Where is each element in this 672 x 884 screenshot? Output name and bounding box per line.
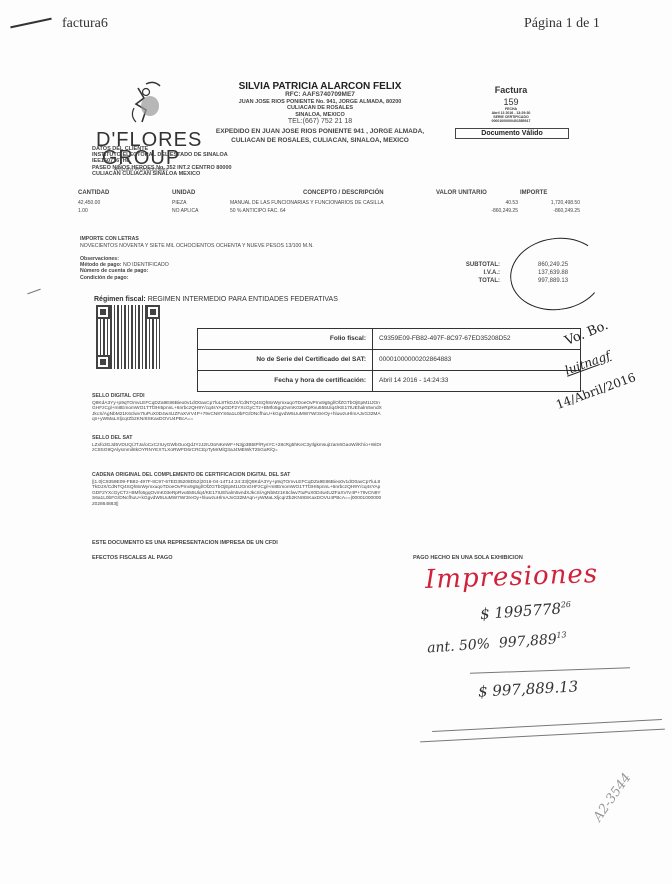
page-indicator: Página 1 de 1 [524,16,600,32]
cell-valor-unitario: 40.53 [505,200,518,206]
iva-label: I.V.A.: [430,269,500,277]
amount-in-words-label: IMPORTE CON LETRAS [80,236,139,242]
handwritten-amount-1: $ 199577826 [479,599,571,623]
invoice-serie: 00001000000401585917 [455,119,567,123]
handwritten-amount-3: $ 997,889.13 [478,677,579,700]
cfdi-note: ESTE DOCUMENTO ES UNA REPRESENTACION IMP… [92,540,278,546]
regimen-label: Régimen fiscal: [94,296,146,303]
amount-1-value: $ 1995778 [479,600,561,624]
qr-finder-icon [96,305,110,319]
pen-mark [10,18,51,29]
expedido-block: EXPEDIDO EN JUAN JOSE RIOS PONIENTE 941 … [200,127,440,145]
sello-cfdi: SELLO DIGITAL CFDI Q8KdA3Yy+p9qTOmvLEFCq… [92,394,382,423]
qr-code-icon [96,305,160,369]
cell-concepto: 50 % ANTICIPO FAC. 64 [230,208,286,214]
invoice-number: 159 [455,97,567,107]
cert-label: No de Serie del Certificado del SAT: [198,350,373,370]
regimen-fiscal: Régimen fiscal: REGIMEN INTERMEDIO PARA … [94,296,338,303]
pen-mark [27,289,40,295]
cert-value: Abril 14 2016 - 14:24:33 [373,371,448,391]
cert-row-serie: No de Serie del Certificado del SAT: 000… [198,350,580,371]
expedido-line-2: CULIACAN DE ROSALES, CULIACAN, SINALOA, … [200,136,440,145]
cell-cantidad: 1.00 [78,208,88,214]
cell-cantidad: 42,450.00 [78,200,100,206]
total-label: TOTAL: [430,277,500,285]
issuer-phone: TEL:(667) 752 21 18 [200,118,440,126]
cell-importe: 1,720,498.50 [551,200,580,206]
totals-labels: SUBTOTAL: I.V.A.: TOTAL: [430,261,500,285]
handwritten-underline [470,667,630,674]
header-valor-unitario: VALOR UNITARIO [436,190,487,196]
sello-cfdi-label: SELLO DIGITAL CFDI [92,394,382,400]
amount-2-value: 997,889 [498,632,557,652]
sello-sat-label: SELLO DEL SAT [92,436,382,442]
items-header-row: CANTIDAD UNIDAD CONCEPTO / DESCRIPCIÓN V… [40,190,580,200]
vobo-text: Vo. Bo. [563,318,611,349]
table-row: 42,450.00 PIEZA MANUAL DE LAS FUNCIONARI… [40,200,580,208]
handwritten-circle [505,232,608,316]
invoice-type: Factura [455,85,567,95]
amount-2-cents: 13 [556,630,567,640]
cell-valor-unitario: -860,249.25 [491,208,518,214]
client-address-1: PASEO NIÑOS HEROES No. 352 INT.2 CENTRO … [92,165,232,171]
cert-value: 00001000000202864883 [373,350,451,370]
efectos-fiscales: EFECTOS FISCALES AL PAGO [92,555,172,561]
cert-value: C9359E09-FB82-497F-8C97-67ED35208D52 [373,329,511,349]
cadena-value: ||1.0|C9359E09-FB82-497F-8C97-67ED35208D… [92,480,382,508]
condicion-label: Condición de pago: [80,275,169,281]
certification-table: Folio fiscal: C9359E09-FB82-497F-8C97-67… [197,328,581,392]
cert-label: Fecha y hora de certificación: [198,371,373,391]
cert-row-fecha: Fecha y hora de certificación: Abril 14 … [198,371,580,391]
vobo-annotation: Vo. Bo. luitnagf 14/Abril/2016 [556,320,672,420]
sello-sat-value: LZxfo3GJd5VDUQ/JTJa/oCxCzIUyGWbOuoQdJYzJ… [92,443,382,454]
cell-unidad: NO APLICA [172,208,198,214]
cell-concepto: MANUAL DE LAS FUNCIONARIAS Y FUNCIONARIO… [230,200,384,206]
sello-cfdi-value: Q8KdA3Yy+p9qTOmvLEFCqDZa9E86Bieo0v1dO0ax… [92,401,382,423]
sello-sat: SELLO DEL SAT LZxfo3GJd5VDUQ/JTJa/oCxCzI… [92,436,382,454]
amount-in-words: IMPORTE CON LETRAS NOVECIENTOS NOVENTA Y… [80,236,314,250]
header-importe: IMPORTE [520,190,547,196]
ant-label: ant. 50% [427,636,491,656]
invoice-info: Factura 159 FECHA Abril 13 2016 - 13:29:… [455,85,567,123]
cert-row-folio: Folio fiscal: C9359E09-FB82-497F-8C97-67… [198,329,580,350]
header-cantidad: CANTIDAD [78,190,109,196]
observations-block: Observaciones: Método de pago: NO IDENTI… [80,256,169,281]
qr-finder-icon [146,305,160,319]
handwritten-amount-2: ant. 50% 997,88913 [427,630,568,656]
flower-figure-icon [116,78,166,126]
cert-label: Folio fiscal: [198,329,373,349]
metodo-value: NO IDENTIFICADO [123,262,169,268]
cadena-original: CADENA ORIGINAL DEL COMPLEMENTO DE CERTI… [92,473,382,508]
handwritten-reference: A2-3544 [591,771,635,825]
qr-finder-icon [96,355,110,369]
cell-unidad: PIEZA [172,200,186,206]
header-concepto: CONCEPTO / DESCRIPCIÓN [303,190,384,196]
regimen-value: REGIMEN INTERMEDIO PARA ENTIDADES FEDERA… [148,296,338,303]
handwritten-impresiones: Impresiones [425,559,599,595]
items-table: CANTIDAD UNIDAD CONCEPTO / DESCRIPCIÓN V… [40,190,580,216]
expedido-line-1: EXPEDIDO EN JUAN JOSE RIOS PONIENTE 941 … [200,127,440,136]
subtotal-label: SUBTOTAL: [430,261,500,269]
amount-in-words-value: NOVECIENTOS NOVENTA Y SIETE MIL OCHOCIEN… [80,243,314,249]
pago-note: PAGO HECHO EN UNA SOLA EXHIBICION [413,555,523,561]
client-block: DATOS DEL CLIENTE INSTITUTO ELECTORAL DE… [92,146,232,177]
file-name: factura6 [62,16,108,32]
cell-importe: -860,249.25 [553,208,580,214]
signature: luitnagf [563,348,612,377]
header-unidad: UNIDAD [172,190,195,196]
document-status-badge: Documento Válido [455,128,569,139]
table-row: 1.00 NO APLICA 50 % ANTICIPO FAC. 64 -86… [40,208,580,216]
client-address-2: CULIACAN CULIACAN SINALOA MEXICO [92,171,232,177]
cadena-label: CADENA ORIGINAL DEL COMPLEMENTO DE CERTI… [92,473,382,479]
issuer-block: SILVIA PATRICIA ALARCON FELIX RFC: AAFS7… [200,81,440,126]
metodo-label: Método de pago: [80,262,122,268]
amount-1-cents: 26 [560,600,571,610]
